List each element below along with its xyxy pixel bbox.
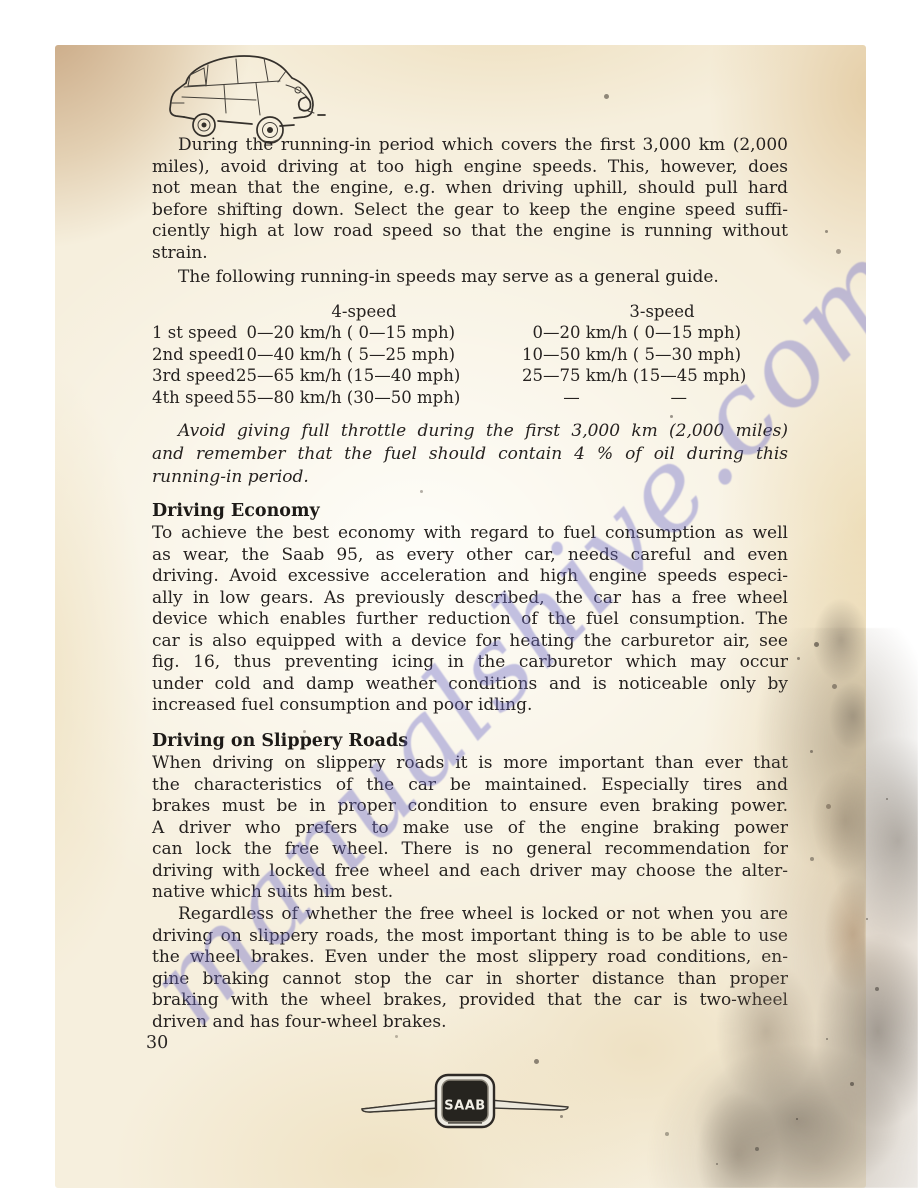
driving-economy-heading: Driving Economy bbox=[152, 501, 788, 521]
full-throttle-note: Avoid giving full throttle during the fi… bbox=[152, 420, 788, 489]
bottom-right-stain-specks bbox=[906, 1178, 908, 1180]
saab-badge-label: SAAB bbox=[444, 1099, 485, 1114]
intro-paragraph: During the running-in period which cover… bbox=[152, 135, 788, 264]
paper-specks bbox=[55, 45, 58, 48]
running-in-guide-line: The following running-in speeds may serv… bbox=[152, 267, 788, 289]
bottom-right-stain bbox=[518, 628, 918, 1188]
scanned-manual-page: During the running-in period which cover… bbox=[0, 0, 918, 1188]
saab-95-wagon-illustration bbox=[160, 45, 328, 147]
three-speed-header: 3-speed bbox=[522, 302, 812, 322]
speed-table-row: 3rd speed 25—65 km/h (15—40 mph) 25—75 k… bbox=[152, 365, 812, 387]
running-in-speed-table: 4-speed 3-speed 1 st speed 0—20 km/h ( 0… bbox=[152, 302, 812, 408]
speed-table-row: 4th speed 55—80 km/h (30—50 mph) — — bbox=[152, 387, 812, 409]
speed-table-row: 1 st speed 0—20 km/h ( 0—15 mph) 0—20 km… bbox=[152, 322, 812, 344]
four-speed-header: 4-speed bbox=[236, 302, 522, 322]
speed-table-header: 4-speed 3-speed bbox=[152, 302, 812, 322]
page-number: 30 bbox=[146, 1033, 168, 1053]
speed-table-row: 2nd speed 10—40 km/h ( 5—25 mph) 10—50 k… bbox=[152, 344, 812, 366]
